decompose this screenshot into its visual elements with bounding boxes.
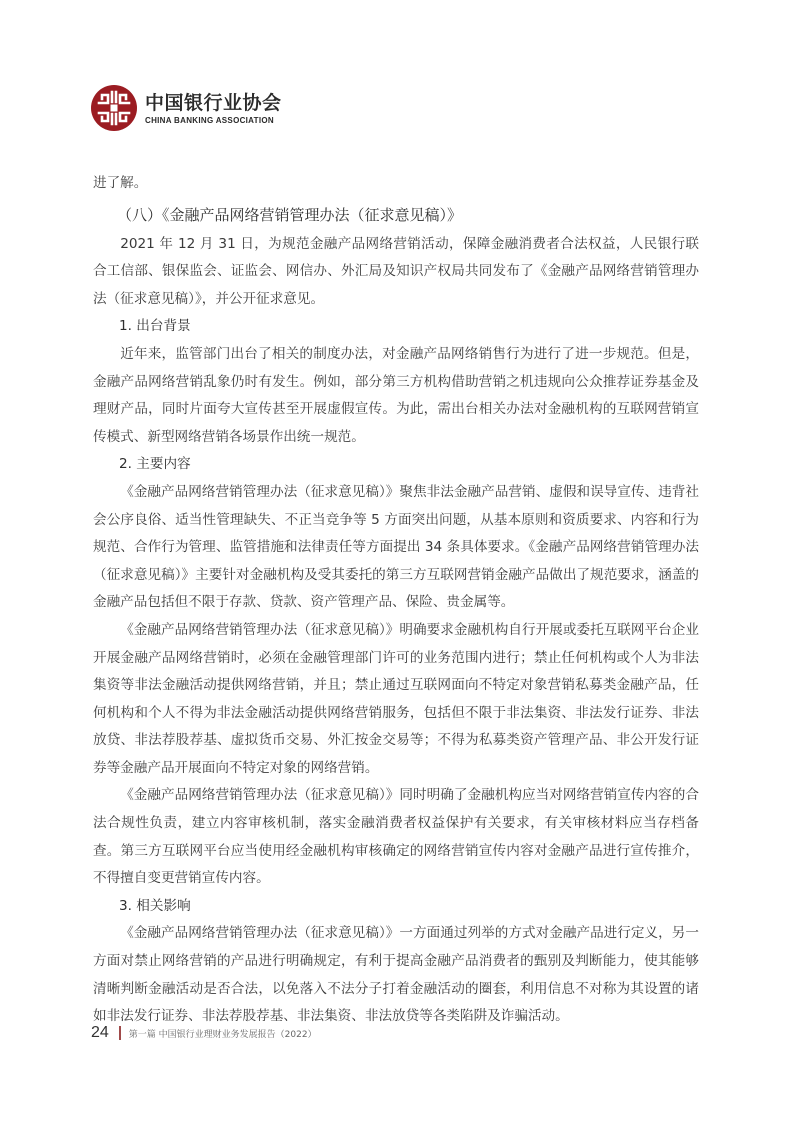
association-name-en: CHINA BANKING ASSOCIATION: [145, 116, 282, 125]
association-emblem-icon: [91, 85, 137, 131]
page-footer: 24 第一篇 中国银行业理财业务发展报告（2022）: [91, 1024, 317, 1042]
paragraph: 《金融产品网络营销管理办法（征求意见稿）》聚焦非法金融产品营销、虚假和误导宣传、…: [93, 479, 699, 617]
subsection-heading-impact: 3. 相关影响: [93, 893, 699, 921]
page-number: 24: [91, 1024, 109, 1042]
association-name: 中国银行业协会 CHINA BANKING ASSOCIATION: [145, 92, 282, 125]
subsection-heading-main-content: 2. 主要内容: [93, 451, 699, 479]
association-name-cn: 中国银行业协会: [145, 92, 282, 114]
continuation-text: 进了解。: [93, 170, 699, 198]
intro-paragraph: 2021 年 12 月 31 日，为规范金融产品网络营销活动，保障金融消费者合法…: [93, 231, 699, 314]
running-title: 第一篇 中国银行业理财业务发展报告（2022）: [129, 1027, 317, 1040]
paragraph: 《金融产品网络营销管理办法（征求意见稿）》明确要求金融机构自行开展或委托互联网平…: [93, 617, 699, 783]
paragraph: 近年来，监管部门出台了相关的制度办法，对金融产品网络销售行为进行了进一步规范。但…: [93, 341, 699, 451]
paragraph: 《金融产品网络营销管理办法（征求意见稿）》同时明确了金融机构应当对网络营销宣传内…: [93, 782, 699, 892]
section-heading: （八）《金融产品网络营销管理办法（征求意见稿）》: [93, 200, 699, 230]
page-header: 中国银行业协会 CHINA BANKING ASSOCIATION: [91, 84, 282, 132]
paragraph: 《金融产品网络营销管理办法（征求意见稿）》一方面通过列举的方式对金融产品进行定义…: [93, 920, 699, 1030]
document-body: 进了解。 （八）《金融产品网络营销管理办法（征求意见稿）》 2021 年 12 …: [93, 170, 699, 1031]
footer-divider: [119, 1026, 121, 1040]
subsection-heading-background: 1. 出台背景: [93, 313, 699, 341]
